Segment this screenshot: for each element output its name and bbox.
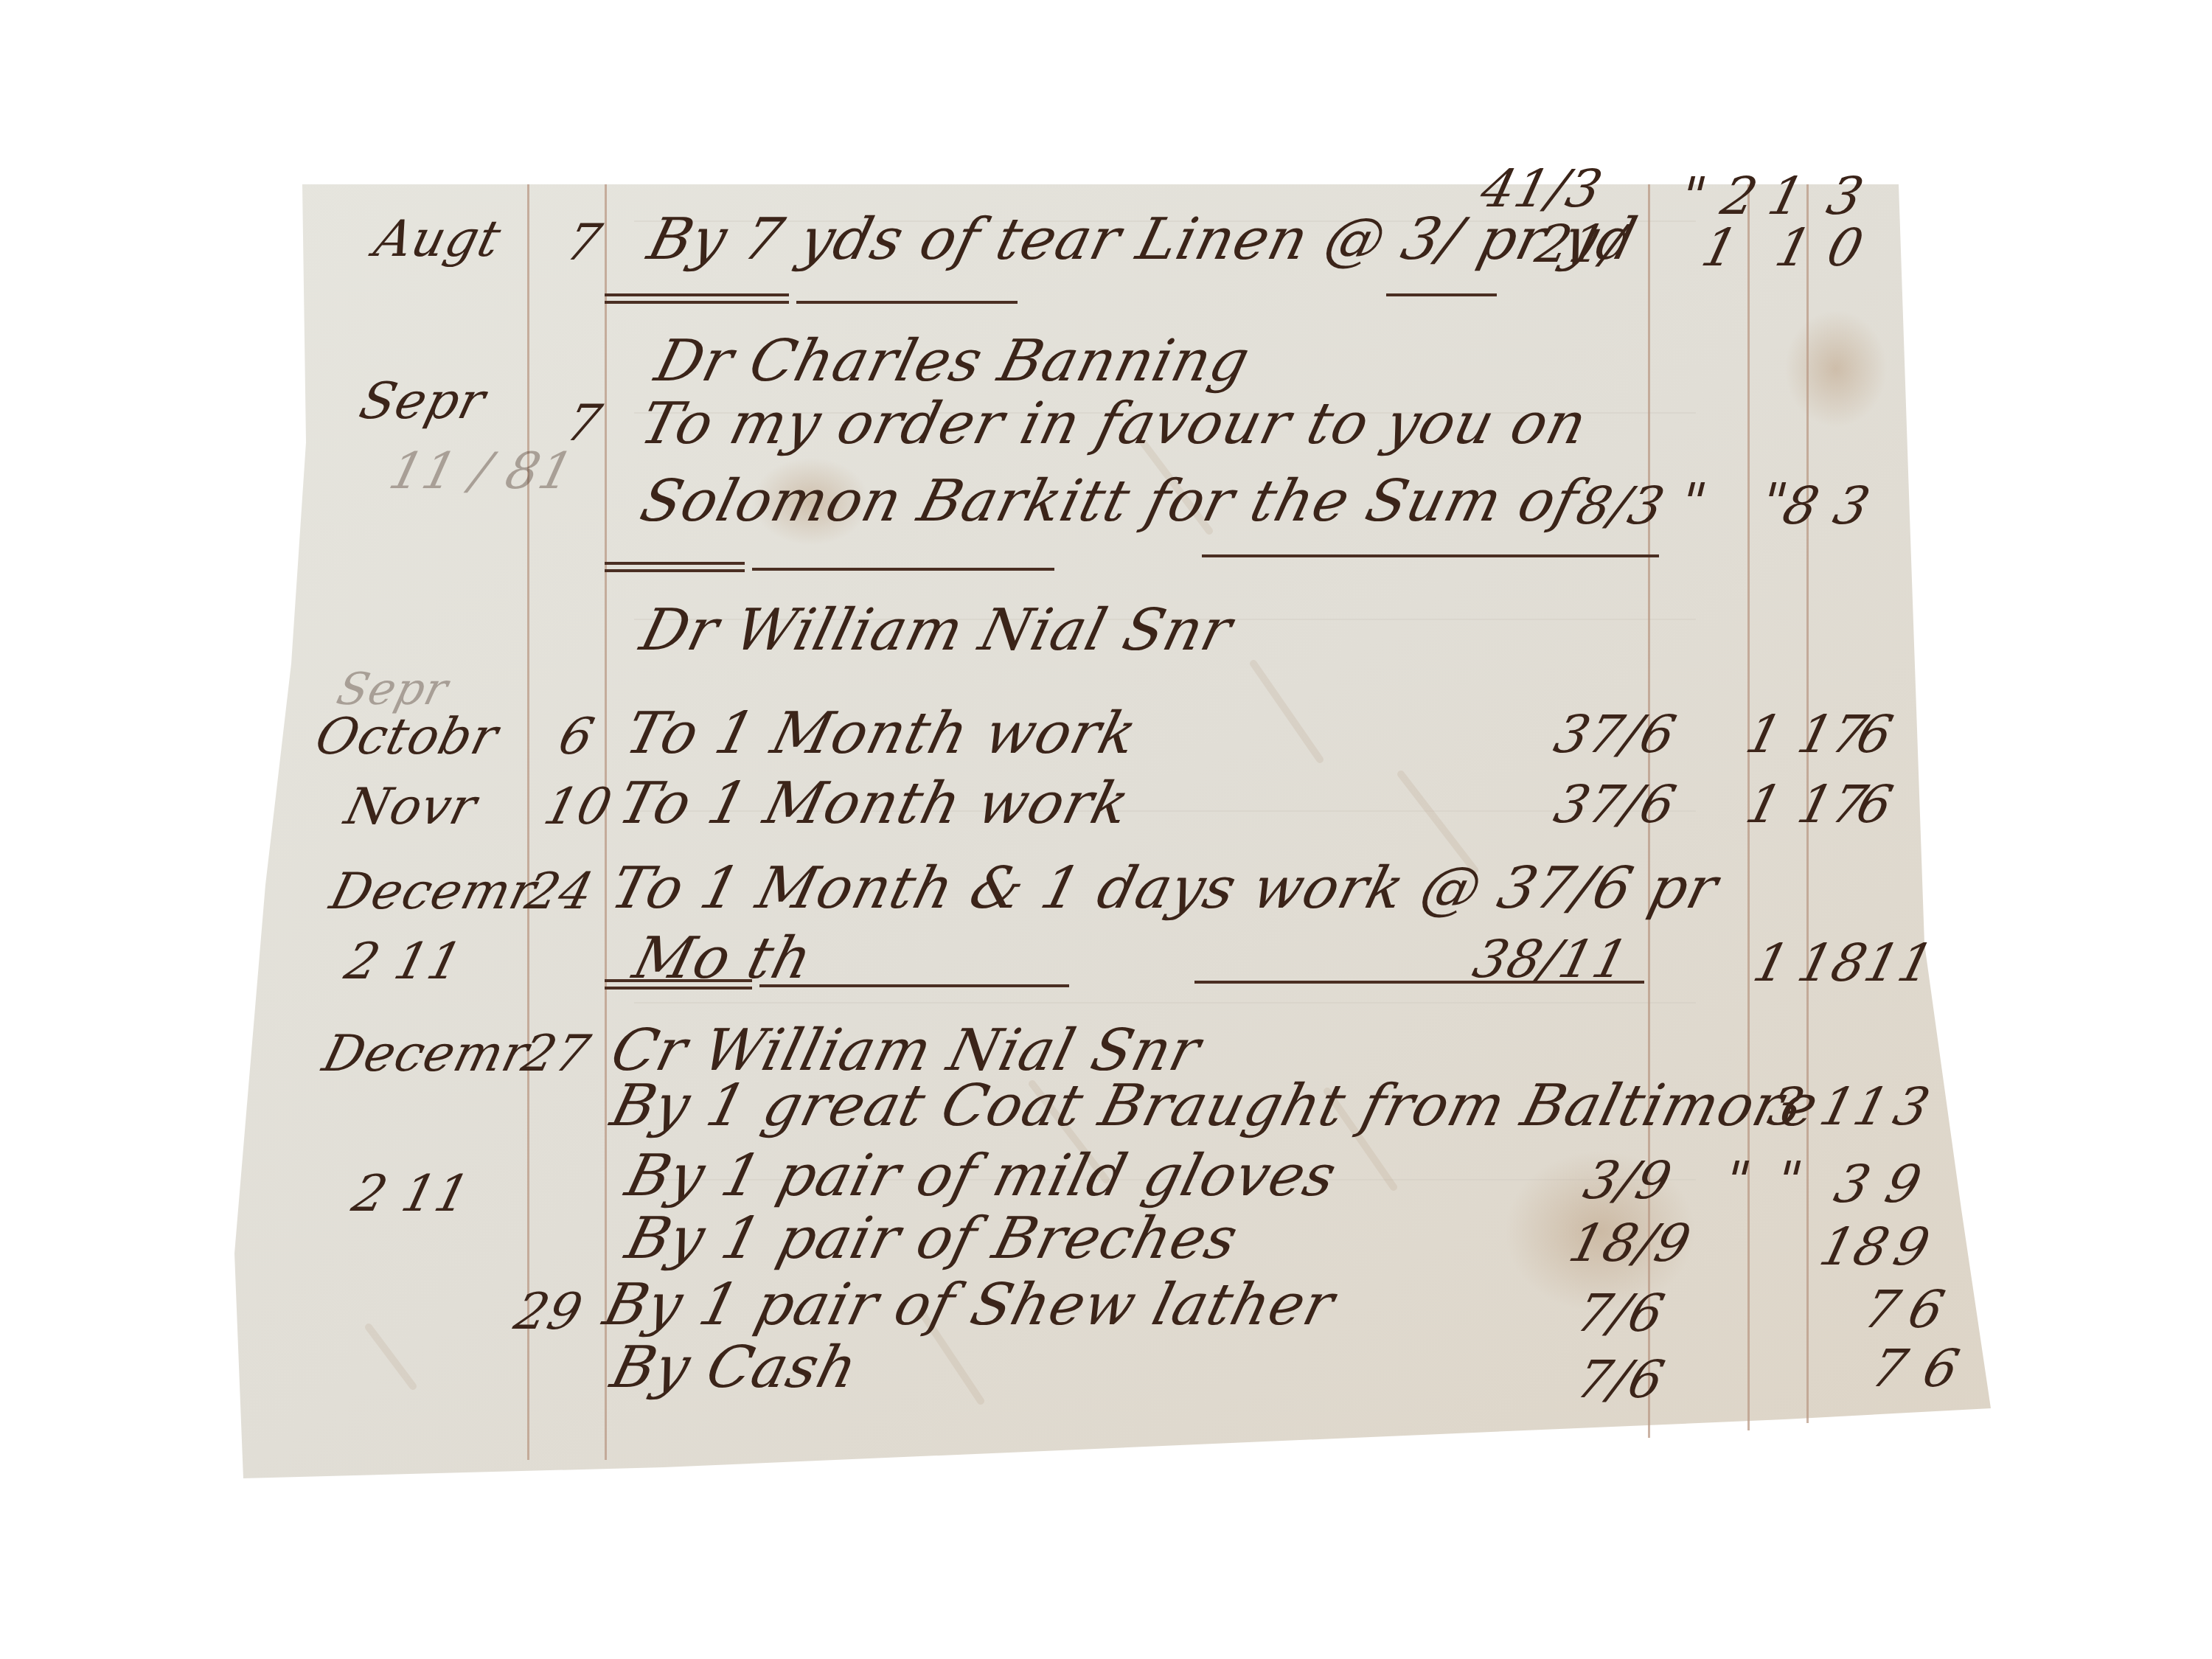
entry-description: Solomon Barkitt for the Sum of <box>634 468 1585 535</box>
entry-description: By 1 pair of Breches <box>619 1206 1245 1272</box>
separator-double <box>605 293 789 296</box>
separator <box>1386 293 1497 296</box>
entry-description: To my order in favour to you on <box>634 391 1593 457</box>
account-heading: Dr Charles Banning <box>649 328 1256 394</box>
entry-description: By 7 yds of tear Linen @ 3/ pr yd <box>641 206 1644 273</box>
entry-description: By Cash <box>605 1335 864 1401</box>
separator <box>796 301 1018 304</box>
month-label: 2 11 <box>347 1165 476 1223</box>
pence-value: 3 9 <box>1829 1154 1928 1214</box>
margin-note: 11 / 81 <box>383 442 580 501</box>
separator-double <box>605 301 789 304</box>
entry-description: By 1 pair of mild gloves <box>619 1143 1343 1209</box>
separator-double <box>605 562 745 565</box>
month-label: Decemr <box>324 863 543 921</box>
entry-description: By 1 great Coat Braught from Baltimore <box>605 1073 1825 1139</box>
column-rule-month <box>527 184 529 1460</box>
month-label: Octobr <box>310 708 504 766</box>
month-label: Sepr <box>354 372 492 431</box>
rate-value: 3/9 <box>1578 1150 1678 1211</box>
account-heading: Dr William Nial Snr <box>634 597 1239 664</box>
separator <box>752 568 1054 571</box>
entry-description: Mo th <box>627 925 819 992</box>
entry-description: To 1 Month work <box>612 771 1136 837</box>
entry-description: To 1 Month & 1 days work @ 37/6 pr <box>605 855 1725 922</box>
stain <box>1784 310 1888 428</box>
separator-double <box>605 569 745 572</box>
rate-value: 7/6 <box>1571 1283 1671 1343</box>
rate-value: 37/6 <box>1548 704 1683 765</box>
entry-description: By 1 pair of Shew lather <box>597 1272 1341 1338</box>
month-label: Novr <box>339 778 483 836</box>
month-label: 2 11 <box>339 933 468 991</box>
rate-value: 21/ <box>1530 214 1630 274</box>
month-label: Decemr <box>317 1025 535 1083</box>
rate-value: 38/11 <box>1467 929 1635 990</box>
pence-value: 8 3 <box>1777 476 1877 536</box>
rate-value: 37/6 <box>1548 774 1683 835</box>
ledger-page: 41/3 " 2 1 3 Augt 7 By 7 yds of tear Lin… <box>0 0 2212 1659</box>
rate-value: 18/9 <box>1563 1213 1697 1273</box>
separator <box>759 984 1069 987</box>
entry-description: To 1 Month work <box>619 700 1144 767</box>
separator <box>1202 554 1659 557</box>
rate-value: 7/6 <box>1571 1349 1671 1410</box>
rate-value: 8/3 <box>1571 476 1671 536</box>
month-label: Augt <box>369 210 507 268</box>
